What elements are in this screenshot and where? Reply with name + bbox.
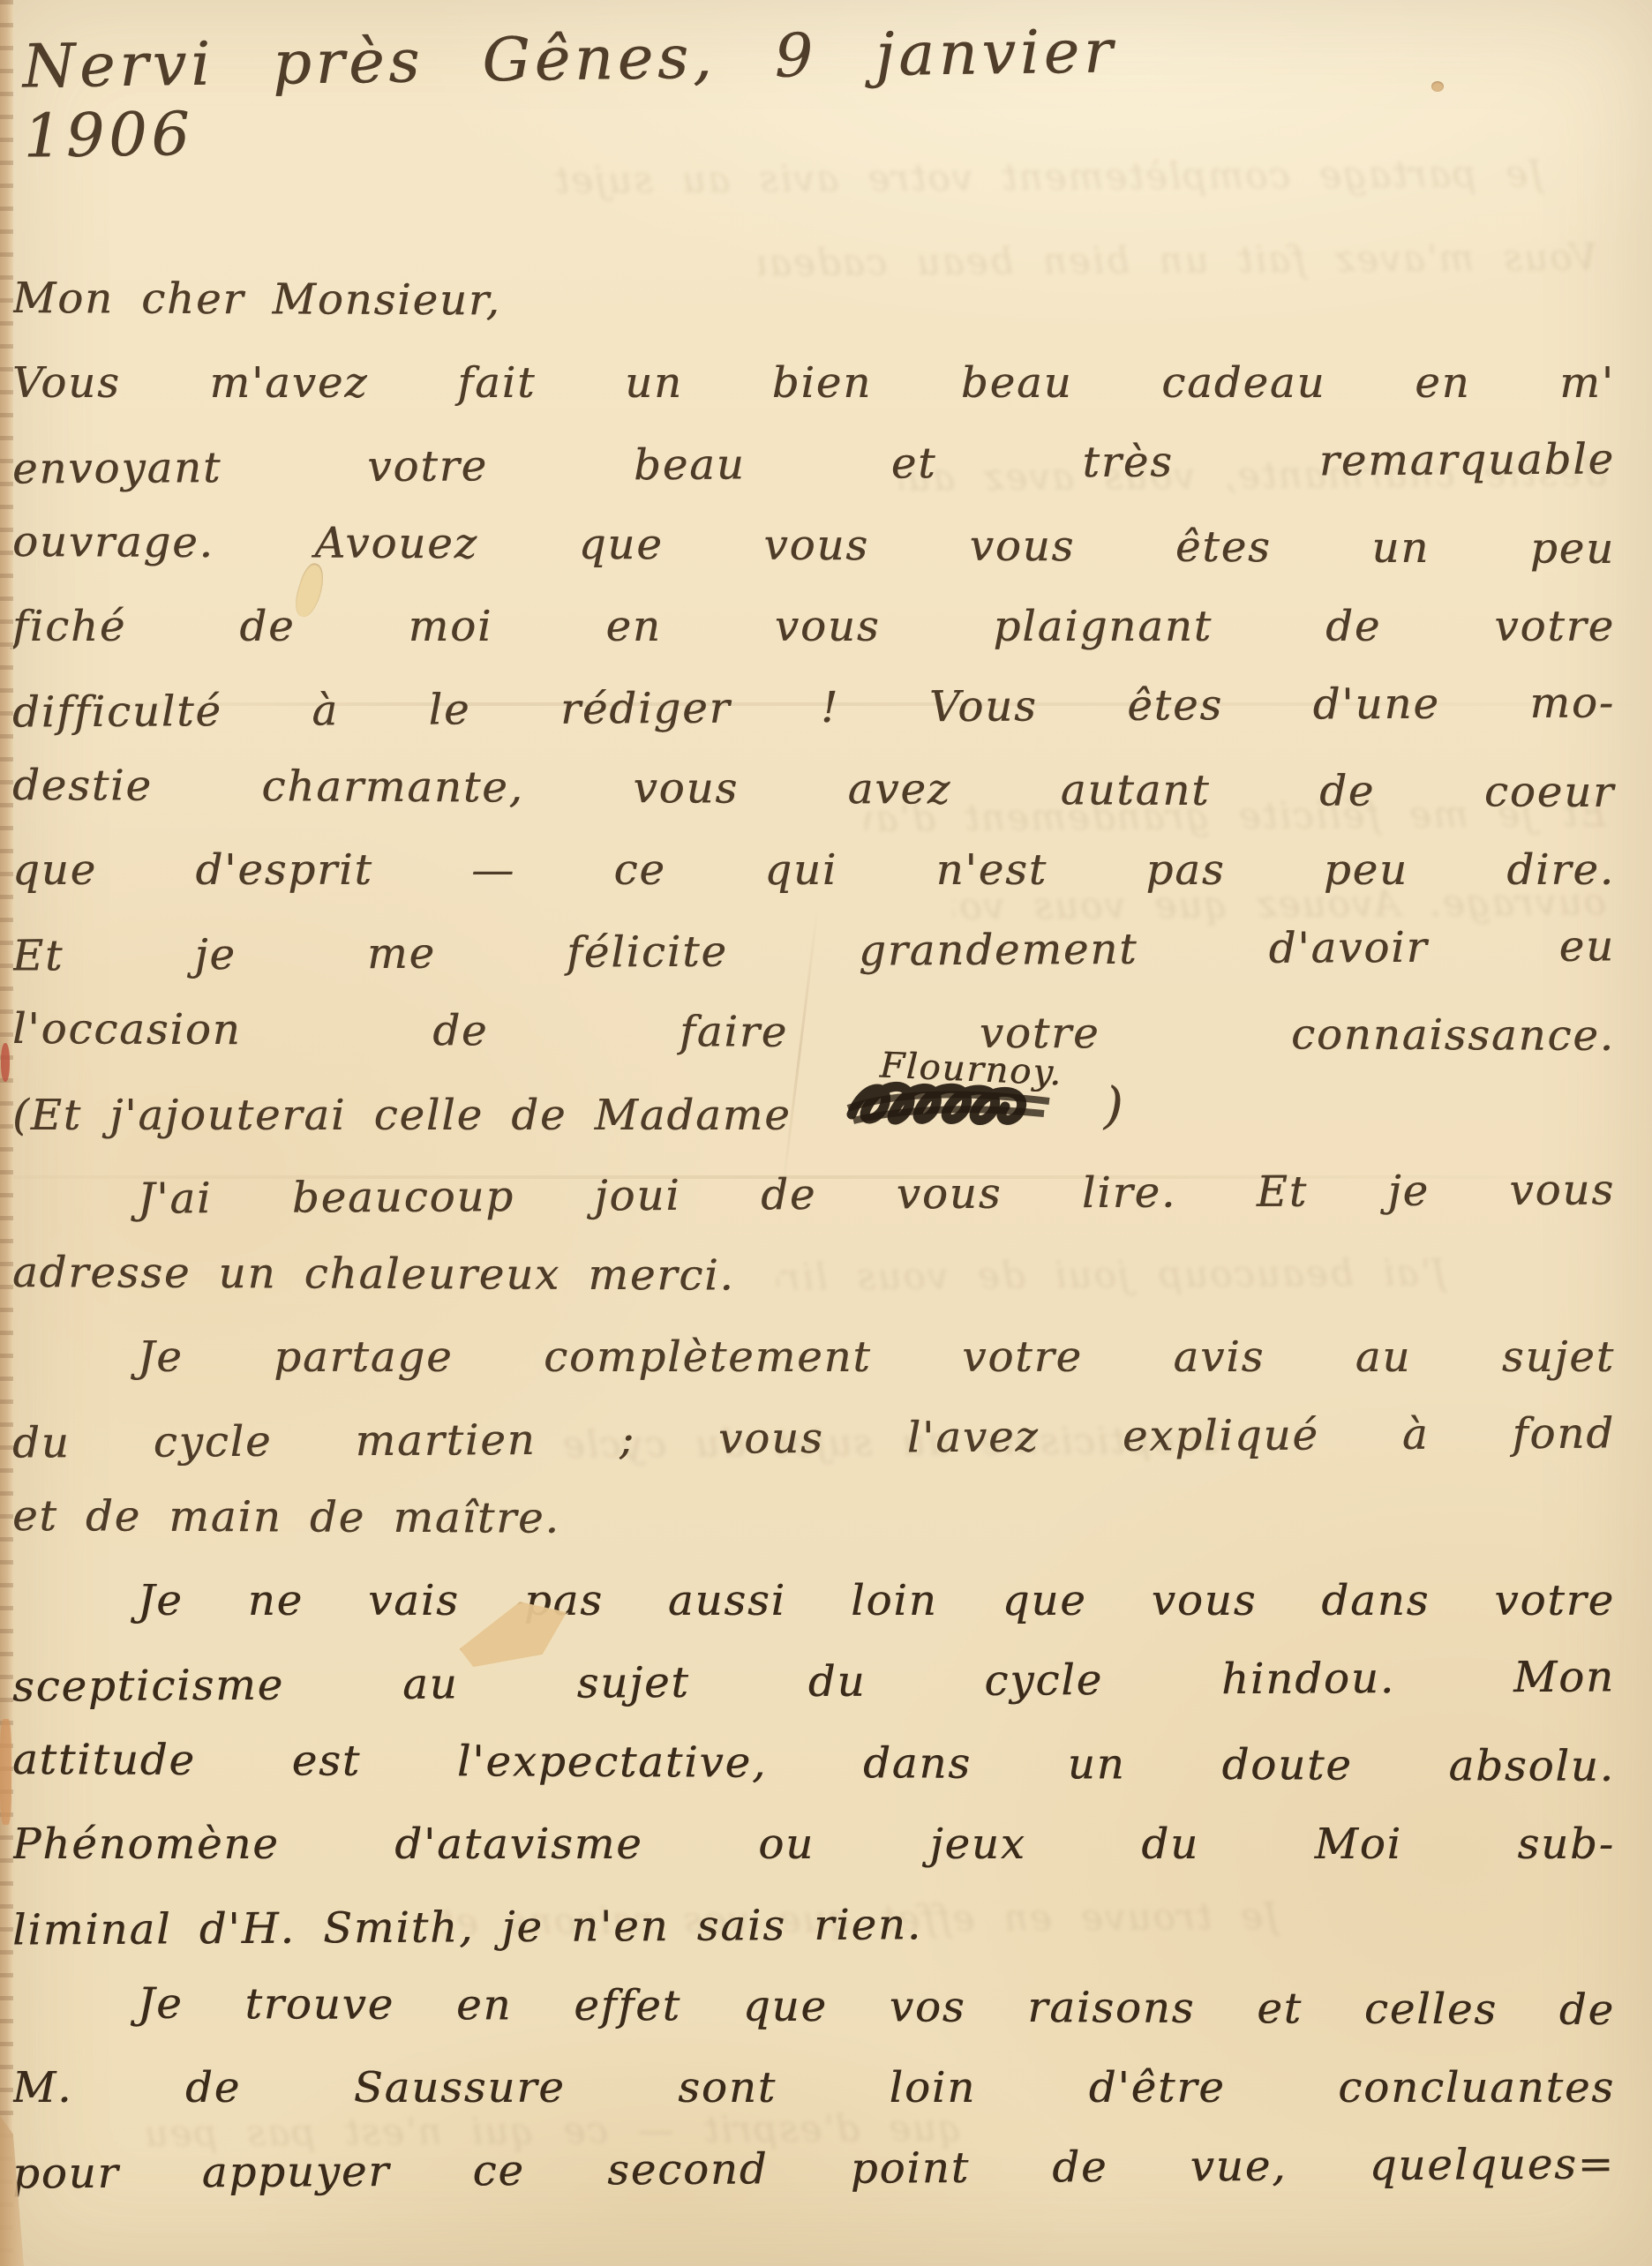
orange-edge-mark xyxy=(0,1719,11,1825)
underlying-sheet-edge xyxy=(0,0,13,2266)
madame-line-text: (Et j'ajouterai celle de Madame xyxy=(12,1091,792,1140)
handwritten-line: Je partage complètement votre avis au su… xyxy=(12,1317,1615,1398)
handwritten-line: attitude est l'expectative, dans un dout… xyxy=(12,1719,1615,1807)
scribble-wrap: Flournoy. xyxy=(841,1075,1062,1163)
handwritten-line: que d'esprit — ce qui n'est pas peu dire… xyxy=(12,829,1615,911)
handwritten-line: et de main de maître. xyxy=(12,1475,1615,1564)
handwritten-line: destie charmante, vous avez autant de co… xyxy=(12,745,1615,833)
red-edge-mark xyxy=(1,1043,10,1082)
handwritten-line: scepticisme au sujet du cycle hindou. Mo… xyxy=(12,1636,1616,1727)
letter-body: Mon cher Monsieur, Vous m'avez fait un b… xyxy=(12,261,1615,2210)
handwritten-line-madame: (Et j'ajouterai celle de MadameFlournoy.… xyxy=(12,1073,1615,1154)
handwritten-line: adresse un chaleureux merci. xyxy=(12,1232,1615,1320)
madame-close-paren: ) xyxy=(1104,1077,1125,1135)
scanned-letter-page: Je partage complètement votre avis au su… xyxy=(0,0,1652,2266)
handwritten-line: Vous m'avez fait un bien beau cadeau en … xyxy=(12,342,1615,424)
handwritten-line: envoyant votre beau et très remarquable xyxy=(12,418,1616,509)
handwritten-line: liminal d'H. Smith, je n'en sais rien. xyxy=(12,1880,1616,1970)
handwritten-line: J'ai beaucoup joui de vous lire. Et je v… xyxy=(12,1149,1616,1240)
handwritten-line: Je ne vais pas aussi loin que vous dans … xyxy=(12,1560,1615,1641)
salutation: Mon cher Monsieur, xyxy=(12,258,1615,346)
handwritten-line: l'occasion de faire votre connaissance. xyxy=(12,988,1615,1077)
dateline: Nervi près Gênes, 9 janvier 1906 xyxy=(22,17,1118,171)
handwritten-line: fiché de moi en vous plaignant de votre xyxy=(12,586,1615,667)
handwritten-line: Et je me félicite grandement d'avoir eu xyxy=(12,905,1616,996)
handwritten-line: M. de Saussure sont loin d'être concluan… xyxy=(12,2047,1615,2128)
handwritten-line: difficulté à le rédiger ! Vous êtes d'un… xyxy=(12,662,1616,753)
handwritten-line: du cycle martien ; vous l'avez expliqué … xyxy=(12,1392,1616,1483)
handwritten-line: Je trouve en effet que vos raisons et ce… xyxy=(12,1962,1615,2051)
handwritten-line: pour appuyer ce second point de vue, que… xyxy=(12,2123,1616,2214)
interlinear-name-annotation: Flournoy. xyxy=(878,1024,1064,1114)
paper-chip xyxy=(1431,81,1444,92)
handwritten-line: ouvrage. Avouez que vous vous êtes un pe… xyxy=(12,501,1615,589)
handwritten-line: Phénomène d'atavisme ou jeux du Moi sub- xyxy=(12,1804,1615,1885)
